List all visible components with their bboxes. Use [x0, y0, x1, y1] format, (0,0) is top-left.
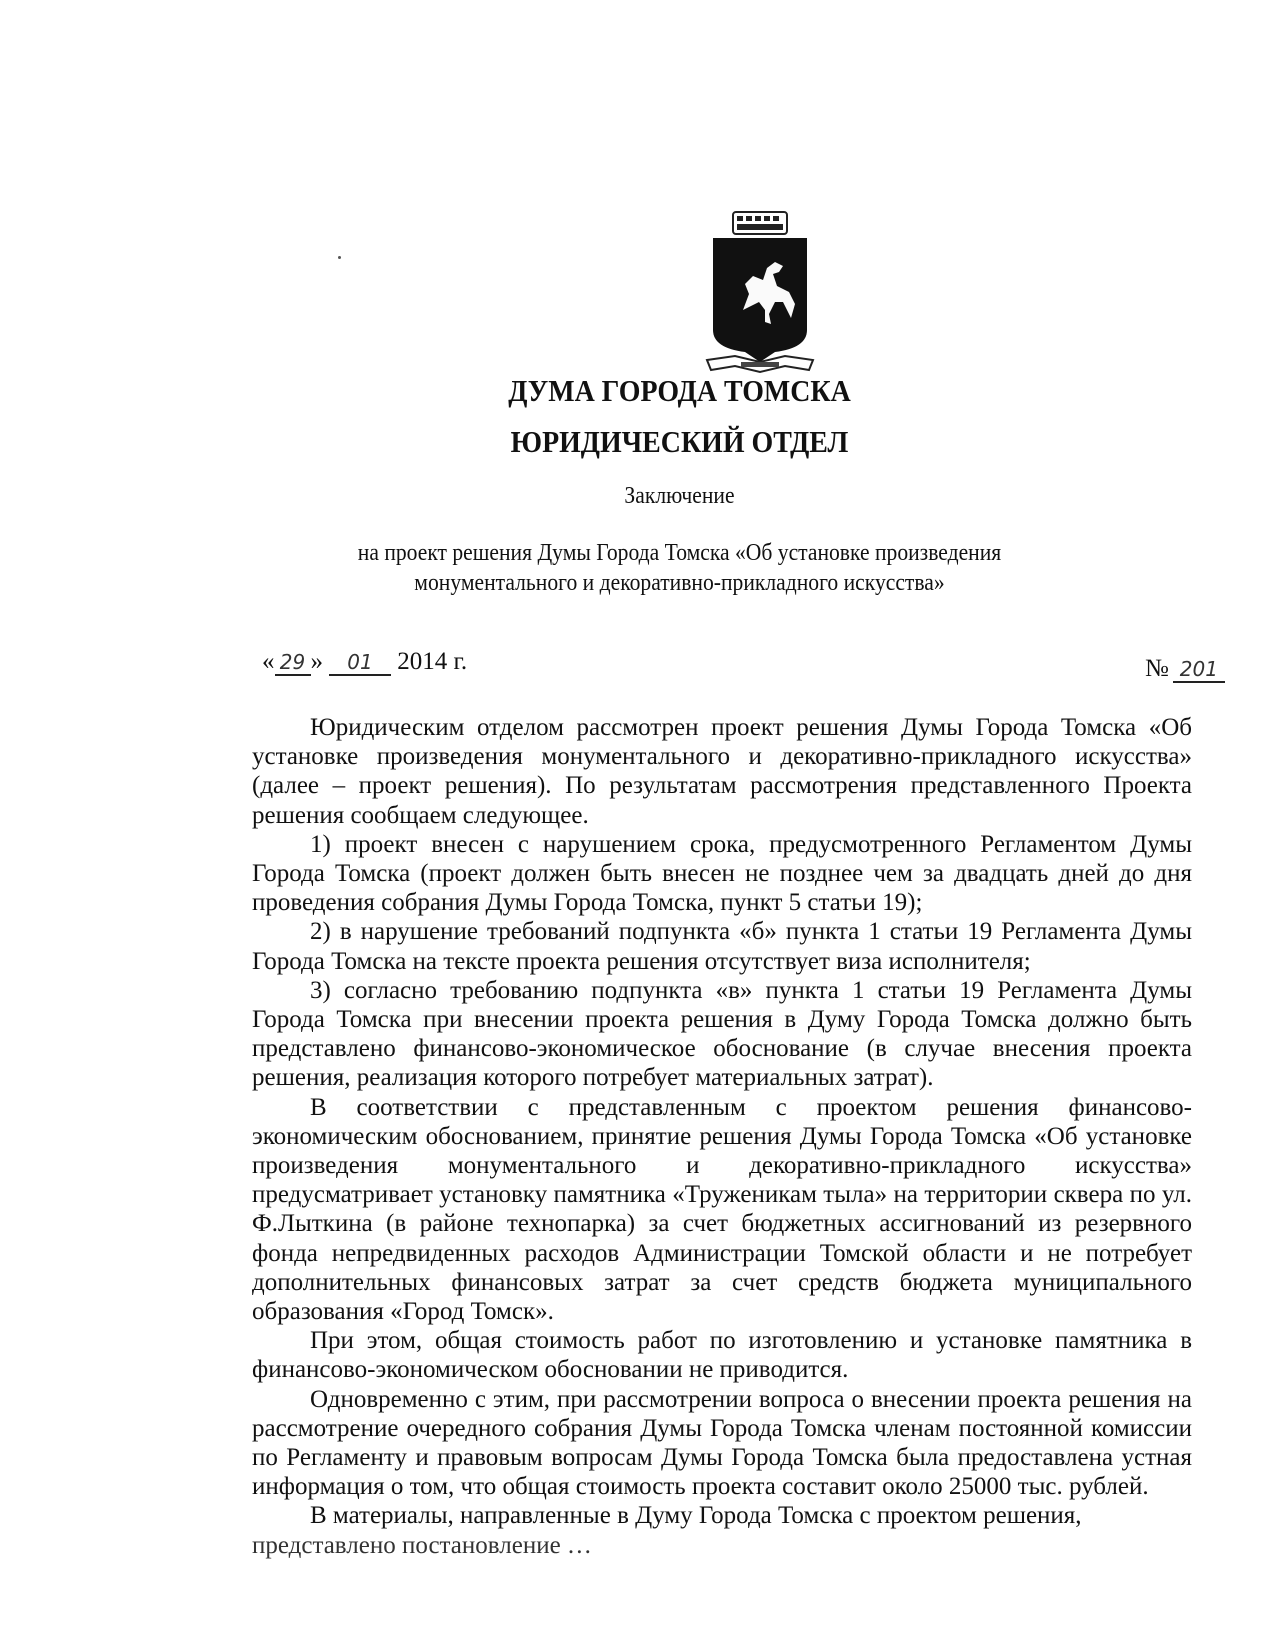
paragraph: В соответствии с представленным с проект…	[252, 1093, 1192, 1327]
paragraph: Одновременно с этим, при рассмотрении во…	[252, 1385, 1192, 1502]
document-page: ДУМА ГОРОДА ТОМСКА ЮРИДИЧЕСКИЙ ОТДЕЛ Зак…	[0, 0, 1275, 1650]
paragraph: Юридическим отделом рассмотрен проект ре…	[252, 713, 1192, 830]
scan-speck	[338, 256, 341, 259]
date-month-handwritten: 01	[329, 650, 391, 676]
paragraph: 1) проект внесен с нарушением срока, пре…	[252, 830, 1192, 918]
paragraph: 3) согласно требованию подпункта «в» пун…	[252, 976, 1192, 1093]
document-type: Заключение	[0, 483, 1275, 510]
date-year: 2014 г.	[397, 648, 467, 675]
number-label: №	[1145, 655, 1169, 682]
cut-off-line: представлено постановление …	[252, 1531, 1192, 1560]
tomsk-coat-of-arms-icon	[705, 210, 815, 375]
paragraph: В материалы, направленные в Думу Города …	[252, 1501, 1192, 1530]
number-handwritten: 201	[1173, 657, 1225, 683]
subject-line-2: монументального и декоративно-прикладног…	[0, 568, 1275, 598]
date-open-quote: «	[262, 648, 275, 675]
department-title: ЮРИДИЧЕСКИЙ ОТДЕЛ	[0, 424, 1275, 460]
document-date: «29»01 2014 г.	[262, 648, 467, 676]
subject-line-1: на проект решения Думы Города Томска «Об…	[0, 538, 1275, 568]
document-subject: на проект решения Думы Города Томска «Об…	[0, 538, 1275, 598]
paragraph: При этом, общая стоимость работ по изгот…	[252, 1326, 1192, 1384]
document-number: №201	[1145, 655, 1225, 683]
document-body: Юридическим отделом рассмотрен проект ре…	[252, 713, 1192, 1560]
date-close-quote: »	[311, 648, 324, 675]
paragraph: 2) в нарушение требований подпункта «б» …	[252, 917, 1192, 975]
date-day-handwritten: 29	[275, 650, 311, 676]
organization-title: ДУМА ГОРОДА ТОМСКА	[0, 373, 1275, 409]
